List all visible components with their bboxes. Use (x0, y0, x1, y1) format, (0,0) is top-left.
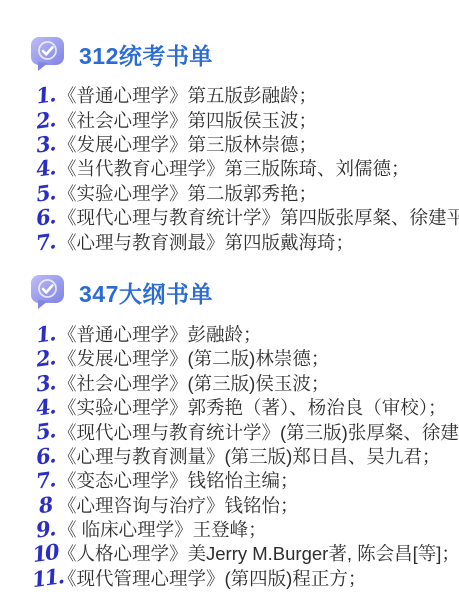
item-text: 《现代管理心理学》(第四版)程正方； (58, 565, 366, 591)
book-list-312: 1. 《普通心理学》第五版彭融龄； 2. 《社会心理学》第四版侯玉波； 3. 《… (26, 83, 445, 254)
book-list-item: 9. 《 临床心理学》王登峰； (26, 517, 445, 541)
item-text: 《变态心理学》钱铭怡主编； (58, 467, 299, 493)
item-text: 《现代心理与教育统计学》(第三版)张厚粲、徐建平著； (58, 419, 459, 445)
section-header-347: 347大纲书单 (30, 273, 445, 313)
book-list-item: 2. 《发展心理学》(第二版)林崇德； (26, 346, 445, 370)
book-list-item: 1. 《普通心理学》第五版彭融龄； (26, 83, 445, 107)
book-list-item: 8 《心理咨询与治疗》钱铭怡； (26, 492, 445, 516)
book-list-347: 1. 《普通心理学》彭融龄； 2. 《发展心理学》(第二版)林崇德； 3. 《社… (26, 322, 445, 590)
item-text: 《普通心理学》第五版彭融龄； (58, 82, 317, 108)
book-list-item: 1. 《普通心理学》彭融龄； (26, 322, 445, 346)
item-text: 《实验心理学》郭秀艳（著）、杨治良（审校）； (58, 394, 447, 420)
book-list-item: 6. 《现代心理与教育统计学》第四版张厚粲、徐建平； (26, 205, 445, 229)
item-text: 《心理与教育测最》第四版戴海琦； (58, 229, 354, 255)
item-text: 《 临床心理学》王登峰； (58, 516, 267, 542)
item-number: 7. (30, 227, 59, 255)
book-list-item: 3. 《发展心理学》第三版林崇德； (26, 132, 445, 156)
item-text: 《心理与教育测量》(第三版)郑日昌、吴九君； (58, 443, 440, 469)
section-header-312: 312统考书单 (30, 34, 445, 74)
book-list-item: 6. 《心理与教育测量》(第三版)郑日昌、吴九君； (26, 444, 445, 468)
book-list-item: 5. 《现代心理与教育统计学》(第三版)张厚粲、徐建平著； (26, 419, 445, 443)
item-text: 《当代教育心理学》第三版陈琦、刘儒德； (58, 155, 410, 181)
book-list-item: 3. 《社会心理学》(第三版)侯玉波； (26, 371, 445, 395)
item-text: 《心理咨询与治疗》钱铭怡； (58, 492, 299, 518)
item-text: 《社会心理学》第四版侯玉波； (58, 107, 317, 133)
item-text: 《人格心理学》美Jerry M.Burger著, 陈会昌[等]； (58, 540, 459, 566)
item-text: 《社会心理学》(第三版)侯玉波； (58, 370, 329, 396)
check-bubble-icon (30, 274, 66, 311)
item-number: 11. (30, 564, 59, 592)
item-text: 《普通心理学》彭融龄； (58, 321, 262, 347)
section-title-347: 347大纲书单 (79, 276, 213, 309)
book-list-item: 2. 《社会心理学》第四版侯玉波； (26, 107, 445, 131)
book-list-item: 10 《人格心理学》美Jerry M.Burger著, 陈会昌[等]； (26, 541, 445, 565)
book-list-page: 312统考书单 1. 《普通心理学》第五版彭融龄； 2. 《社会心理学》第四版侯… (0, 0, 459, 600)
book-list-item: 5. 《实验心理学》第二版郭秀艳； (26, 181, 445, 205)
book-list-item: 7. 《变态心理学》钱铭怡主编； (26, 468, 445, 492)
section-title-312: 312统考书单 (79, 38, 213, 71)
book-list-item: 4. 《当代教育心理学》第三版陈琦、刘儒德； (26, 156, 445, 180)
check-bubble-icon (30, 36, 66, 73)
item-text: 《现代心理与教育统计学》第四版张厚粲、徐建平； (58, 204, 459, 230)
book-list-item: 11. 《现代管理心理学》(第四版)程正方； (26, 566, 445, 590)
item-text: 《实验心理学》第二版郭秀艳； (58, 180, 317, 206)
book-list-item: 7. 《心理与教育测最》第四版戴海琦； (26, 229, 445, 253)
item-text: 《发展心理学》(第二版)林崇德； (58, 345, 329, 371)
book-list-item: 4. 《实验心理学》郭秀艳（著）、杨治良（审校）； (26, 395, 445, 419)
item-text: 《发展心理学》第三版林崇德； (58, 131, 317, 157)
